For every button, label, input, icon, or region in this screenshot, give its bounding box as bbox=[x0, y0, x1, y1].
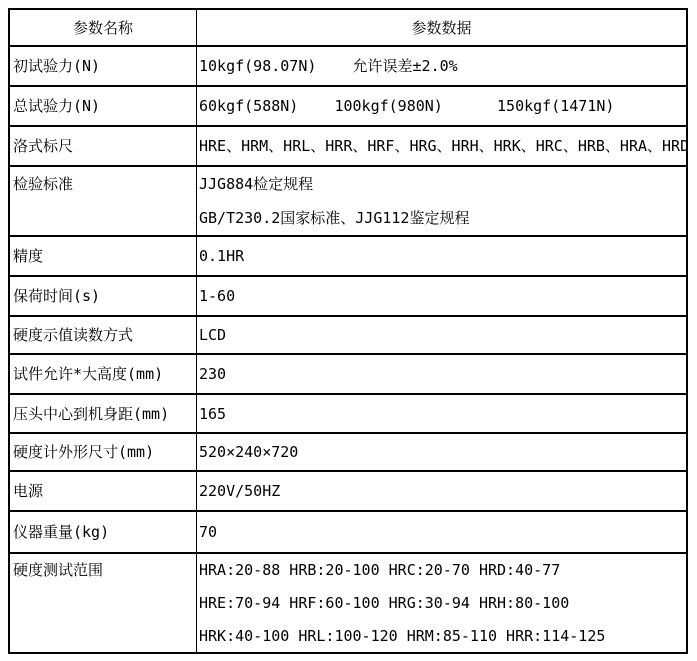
param-value-line: 165 bbox=[199, 405, 686, 423]
param-value-cell: 70 bbox=[197, 512, 686, 552]
table-row-inspection-standard: 检验标准 JJG884检定规程 GB/T230.2国家标准、JJG112鉴定规程 bbox=[10, 165, 686, 235]
param-name-text: 保荷时间(s) bbox=[13, 287, 196, 305]
param-name-text: 检验标准 bbox=[13, 175, 196, 193]
table-row-max-specimen-height: 试件允许*大高度(mm) 230 bbox=[10, 353, 686, 393]
table-row-power-supply: 电源 220V/50HZ bbox=[10, 470, 686, 510]
table-row-rockwell-scales: 洛式标尺 HRE、HRM、HRL、HRR、HRF、HRG、HRH、HRK、HRC… bbox=[10, 125, 686, 165]
param-value-line: HRA:20-88 HRB:20-100 HRC:20-70 HRD:40-77 bbox=[199, 561, 686, 579]
param-name-text: 洛式标尺 bbox=[13, 137, 196, 155]
param-value-line: 220V/50HZ bbox=[199, 482, 686, 500]
param-name-text: 电源 bbox=[13, 482, 196, 500]
param-name-cell: 初试验力(N) bbox=[10, 47, 197, 85]
param-name-text: 精度 bbox=[13, 247, 196, 265]
param-name-text: 仪器重量(kg) bbox=[13, 523, 196, 541]
param-value-line: HRK:40-100 HRL:100-120 HRM:85-110 HRR:11… bbox=[199, 627, 686, 645]
param-name-text: 试件允许*大高度(mm) bbox=[13, 365, 196, 383]
param-value-line: JJG884检定规程 bbox=[199, 175, 686, 193]
param-name-cell: 试件允许*大高度(mm) bbox=[10, 355, 197, 393]
table-row-total-test-force: 总试验力(N) 60kgf(588N) 100kgf(980N) 150kgf(… bbox=[10, 85, 686, 125]
param-name-text: 初试验力(N) bbox=[13, 57, 196, 75]
param-value-line: 230 bbox=[199, 365, 686, 383]
table-row-accuracy: 精度 0.1HR bbox=[10, 235, 686, 275]
param-name-cell: 硬度计外形尺寸(mm) bbox=[10, 434, 197, 470]
param-value-cell: 520×240×720 bbox=[197, 434, 686, 470]
param-value-cell: 10kgf(98.07N) 允许误差±2.0% bbox=[197, 47, 686, 85]
table-row-dimensions: 硬度计外形尺寸(mm) 520×240×720 bbox=[10, 432, 686, 470]
param-value-cell: 165 bbox=[197, 395, 686, 432]
param-value-line: 10kgf(98.07N) 允许误差±2.0% bbox=[199, 57, 686, 75]
param-name-text: 压头中心到机身距(mm) bbox=[13, 405, 196, 423]
param-value-cell: HRA:20-88 HRB:20-100 HRC:20-70 HRD:40-77… bbox=[197, 554, 686, 652]
header-param-data-label: 参数数据 bbox=[411, 19, 471, 37]
param-name-text: 硬度测试范围 bbox=[13, 561, 196, 579]
header-cell-param-data: 参数数据 bbox=[197, 10, 686, 45]
param-value-line: HRE、HRM、HRL、HRR、HRF、HRG、HRH、HRK、HRC、HRB、… bbox=[199, 137, 686, 155]
param-value-line: GB/T230.2国家标准、JJG112鉴定规程 bbox=[199, 209, 686, 227]
param-name-cell: 保荷时间(s) bbox=[10, 277, 197, 315]
param-name-text: 硬度示值读数方式 bbox=[13, 326, 196, 344]
header-param-name-label: 参数名称 bbox=[73, 19, 133, 37]
param-value-cell: 0.1HR bbox=[197, 237, 686, 275]
param-value-line: 1-60 bbox=[199, 287, 686, 305]
param-value-cell: LCD bbox=[197, 317, 686, 353]
spec-table: 参数名称 参数数据 初试验力(N) 10kgf(98.07N) 允许误差±2.0… bbox=[8, 8, 688, 654]
param-name-cell: 精度 bbox=[10, 237, 197, 275]
table-row-dwell-time: 保荷时间(s) 1-60 bbox=[10, 275, 686, 315]
param-value-line: 60kgf(588N) 100kgf(980N) 150kgf(1471N) bbox=[199, 97, 686, 115]
param-name-cell: 洛式标尺 bbox=[10, 127, 197, 165]
param-name-cell: 压头中心到机身距(mm) bbox=[10, 395, 197, 432]
param-name-cell: 仪器重量(kg) bbox=[10, 512, 197, 552]
param-value-line: 520×240×720 bbox=[199, 443, 686, 461]
param-name-cell: 硬度测试范围 bbox=[10, 554, 197, 652]
param-value-cell: HRE、HRM、HRL、HRR、HRF、HRG、HRH、HRK、HRC、HRB、… bbox=[197, 127, 686, 165]
param-value-cell: 220V/50HZ bbox=[197, 472, 686, 510]
table-row-instrument-weight: 仪器重量(kg) 70 bbox=[10, 510, 686, 552]
param-value-cell: 1-60 bbox=[197, 277, 686, 315]
param-name-text: 总试验力(N) bbox=[13, 97, 196, 115]
param-value-cell: 60kgf(588N) 100kgf(980N) 150kgf(1471N) bbox=[197, 87, 686, 125]
header-cell-param-name: 参数名称 bbox=[10, 10, 197, 45]
param-name-cell: 总试验力(N) bbox=[10, 87, 197, 125]
param-name-cell: 检验标准 bbox=[10, 167, 197, 235]
param-name-text: 硬度计外形尺寸(mm) bbox=[13, 443, 196, 461]
table-row-hardness-test-range: 硬度测试范围 HRA:20-88 HRB:20-100 HRC:20-70 HR… bbox=[10, 552, 686, 652]
param-value-cell: JJG884检定规程 GB/T230.2国家标准、JJG112鉴定规程 bbox=[197, 167, 686, 235]
param-value-line: 70 bbox=[199, 523, 686, 541]
param-value-cell: 230 bbox=[197, 355, 686, 393]
page: { "table": { "headers": ["参数名称", "参数数据"]… bbox=[0, 0, 697, 661]
table-row-initial-test-force: 初试验力(N) 10kgf(98.07N) 允许误差±2.0% bbox=[10, 45, 686, 85]
table-row-indenter-to-body-distance: 压头中心到机身距(mm) 165 bbox=[10, 393, 686, 432]
param-value-line: 0.1HR bbox=[199, 247, 686, 265]
param-name-cell: 电源 bbox=[10, 472, 197, 510]
table-header-row: 参数名称 参数数据 bbox=[10, 10, 686, 45]
param-name-cell: 硬度示值读数方式 bbox=[10, 317, 197, 353]
table-row-reading-mode: 硬度示值读数方式 LCD bbox=[10, 315, 686, 353]
param-value-line: LCD bbox=[199, 326, 686, 344]
param-value-line: HRE:70-94 HRF:60-100 HRG:30-94 HRH:80-10… bbox=[199, 594, 686, 612]
